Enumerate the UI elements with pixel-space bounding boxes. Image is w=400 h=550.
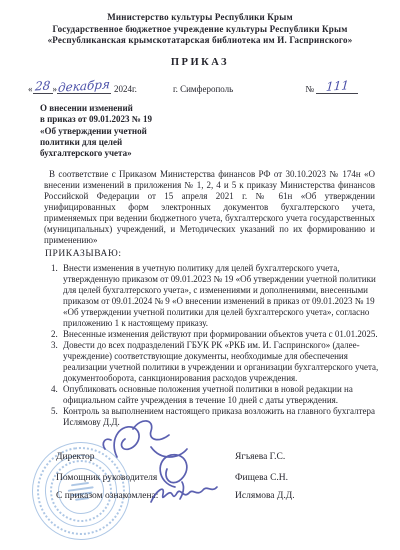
signature-role: Директор [56, 452, 95, 462]
order-items-list: Внести изменения в учетную политику для … [46, 263, 390, 428]
year-label: 2024г. [114, 84, 137, 94]
subject-block: О внесении изменений в приказ от 09.01.2… [40, 103, 152, 159]
subject-line: политики для целей [40, 137, 152, 148]
order-heading: ПРИКАЗЫВАЮ: [45, 249, 122, 259]
director-signature-scribble [103, 421, 187, 457]
subject-line: «Об утверждении учетной [40, 126, 152, 137]
document-header: Министерство культуры Республики Крым Го… [10, 12, 390, 47]
order-item-1: Внести изменения в учетную политику для … [60, 263, 390, 329]
order-number-field: № 111 [305, 81, 358, 94]
document-page: Министерство культуры Республики Крым Го… [0, 0, 400, 550]
order-item-4: Опубликовать основные положения учетной … [60, 384, 390, 406]
handwritten-month: декабря [57, 81, 111, 94]
document-title: ПРИКАЗ [0, 57, 400, 68]
date-field: « 28 » декабря 2024г. [28, 81, 137, 94]
date-number-line: « 28 » декабря 2024г. г. Симферополь № 1… [28, 76, 358, 94]
subject-line: бухгалтерского учета» [40, 148, 152, 159]
ministry-line: Министерство культуры Республики Крым [10, 12, 390, 24]
subject-line: О внесении изменений [40, 103, 152, 114]
city-label: г. Симферополь [173, 84, 233, 94]
institution-line: Государственное бюджетное учреждение кул… [10, 24, 390, 36]
handwritten-day: 28 [33, 81, 53, 94]
library-name-line: «Республиканская крымскотатарская библио… [10, 35, 390, 47]
subject-line: в приказ от 09.01.2023 № 19 [40, 114, 152, 125]
handwritten-number: 111 [316, 81, 358, 94]
number-sign: № [305, 84, 314, 94]
handwritten-signatures [95, 413, 245, 513]
accountant-signature-scribble [151, 482, 217, 502]
order-item-3: Довести до всех подразделений ГБУК РК «Р… [60, 340, 390, 384]
order-item-2: Внесенные изменения действуют при формир… [60, 329, 390, 340]
preamble-paragraph: В соответствие с Приказом Министерства ф… [44, 169, 375, 246]
